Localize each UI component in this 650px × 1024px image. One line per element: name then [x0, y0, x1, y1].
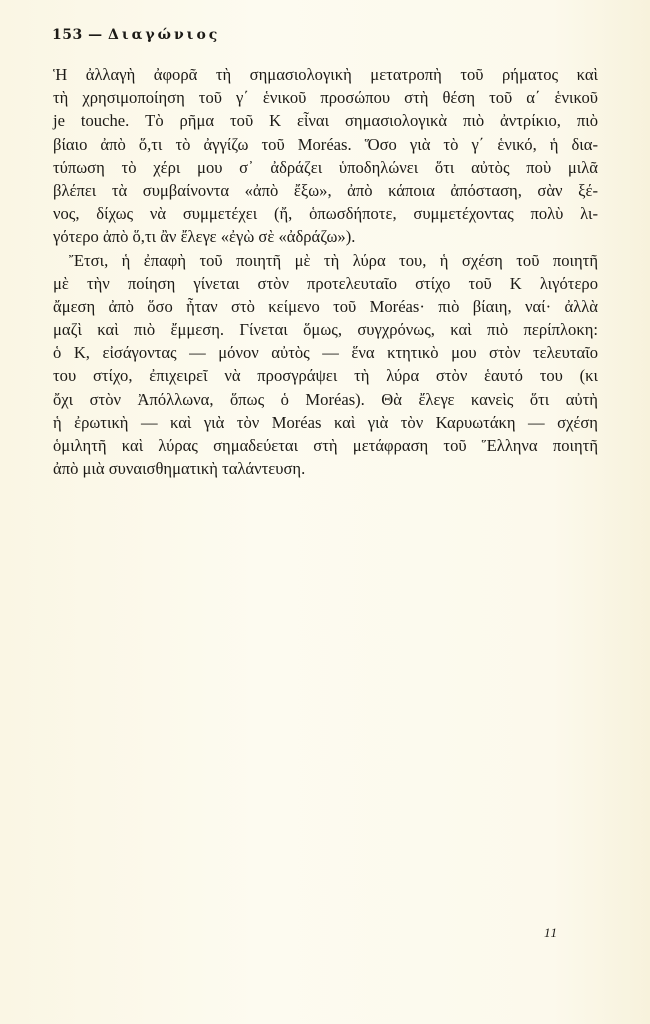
text-line: Ἔτσι, ἡ ἐπαφὴ τοῦ ποιητῆ μὲ τὴ λύρα του,…	[53, 249, 598, 272]
text-line: γότερο ἀπὸ ὅ,τι ἂν ἔλεγε «ἐγὼ σὲ «ἀδράζω…	[53, 225, 598, 248]
journal-title: Διαγώνιος	[108, 27, 220, 43]
text-line: νος, δίχως νὰ συμμετέχει (ἤ, ὁπωσδήποτε,…	[53, 202, 598, 225]
text-line: je touche. Τὸ ρῆμα τοῦ Κ εἶναι σημασιολο…	[53, 109, 598, 132]
text-line: ἀπὸ μιὰ συναισθηματικὴ ταλάντευση.	[53, 457, 598, 480]
text-line: ὁμιλητῆ καὶ λύρας σημαδεύεται στὴ μετάφρ…	[53, 434, 598, 457]
body-text: Ἡ ἀλλαγὴ ἀφορᾶ τὴ σημασιολογικὴ μετατροπ…	[53, 63, 598, 480]
signature-mark: 11	[544, 925, 558, 941]
text-line: Ἡ ἀλλαγὴ ἀφορᾶ τὴ σημασιολογικὴ μετατροπ…	[53, 63, 598, 86]
page-number: 153	[52, 27, 83, 43]
text-line: μὲ τὴν ποίηση γίνεται στὸν προτελευταῖο …	[53, 272, 598, 295]
head-separator: —	[83, 27, 108, 43]
text-line: βίαιο ἀπὸ ὅ,τι τὸ ἀγγίζω τοῦ Moréas. Ὅσο…	[53, 133, 598, 156]
text-line: του στίχο, ἐπιχειρεῖ νὰ προσγράψει τὴ λύ…	[53, 364, 598, 387]
text-line: ὁ Κ, εἰσάγοντας — μόνον αὐτὸς — ἕνα κτητ…	[53, 341, 598, 364]
text-line: τύπωση τὸ χέρι μου σ᾽ ἀδράζει ὑποδηλώνει…	[53, 156, 598, 179]
text-line: ὄχι στὸν Ἀπόλλωνα, ὅπως ὁ Moréas). Θὰ ἔλ…	[53, 388, 598, 411]
text-line: ἡ ἐρωτικὴ — καὶ γιὰ τὸν Moréas καὶ γιὰ τ…	[53, 411, 598, 434]
text-line: τὴ χρησιμοποίηση τοῦ γ΄ ἑνικοῦ προσώπου …	[53, 86, 598, 109]
paragraph-1: Ἡ ἀλλαγὴ ἀφορᾶ τὴ σημασιολογικὴ μετατροπ…	[53, 63, 598, 249]
text-line: ἄμεση ἀπὸ ὅσο ἦταν στὸ κείμενο τοῦ Moréa…	[53, 295, 598, 318]
book-page: 153 — Διαγώνιος Ἡ ἀλλαγὴ ἀφορᾶ τὴ σημασι…	[0, 0, 650, 1024]
text-line: μαζὶ καὶ πιὸ ἔμμεση. Γίνεται ὅμως, συγχρ…	[53, 318, 598, 341]
paragraph-2: Ἔτσι, ἡ ἐπαφὴ τοῦ ποιητῆ μὲ τὴ λύρα του,…	[53, 249, 598, 481]
running-head: 153 — Διαγώνιος	[52, 27, 220, 43]
text-line: βλέπει τὰ συμβαίνοντα «ἀπὸ ἔξω», ἀπὸ κάπ…	[53, 179, 598, 202]
